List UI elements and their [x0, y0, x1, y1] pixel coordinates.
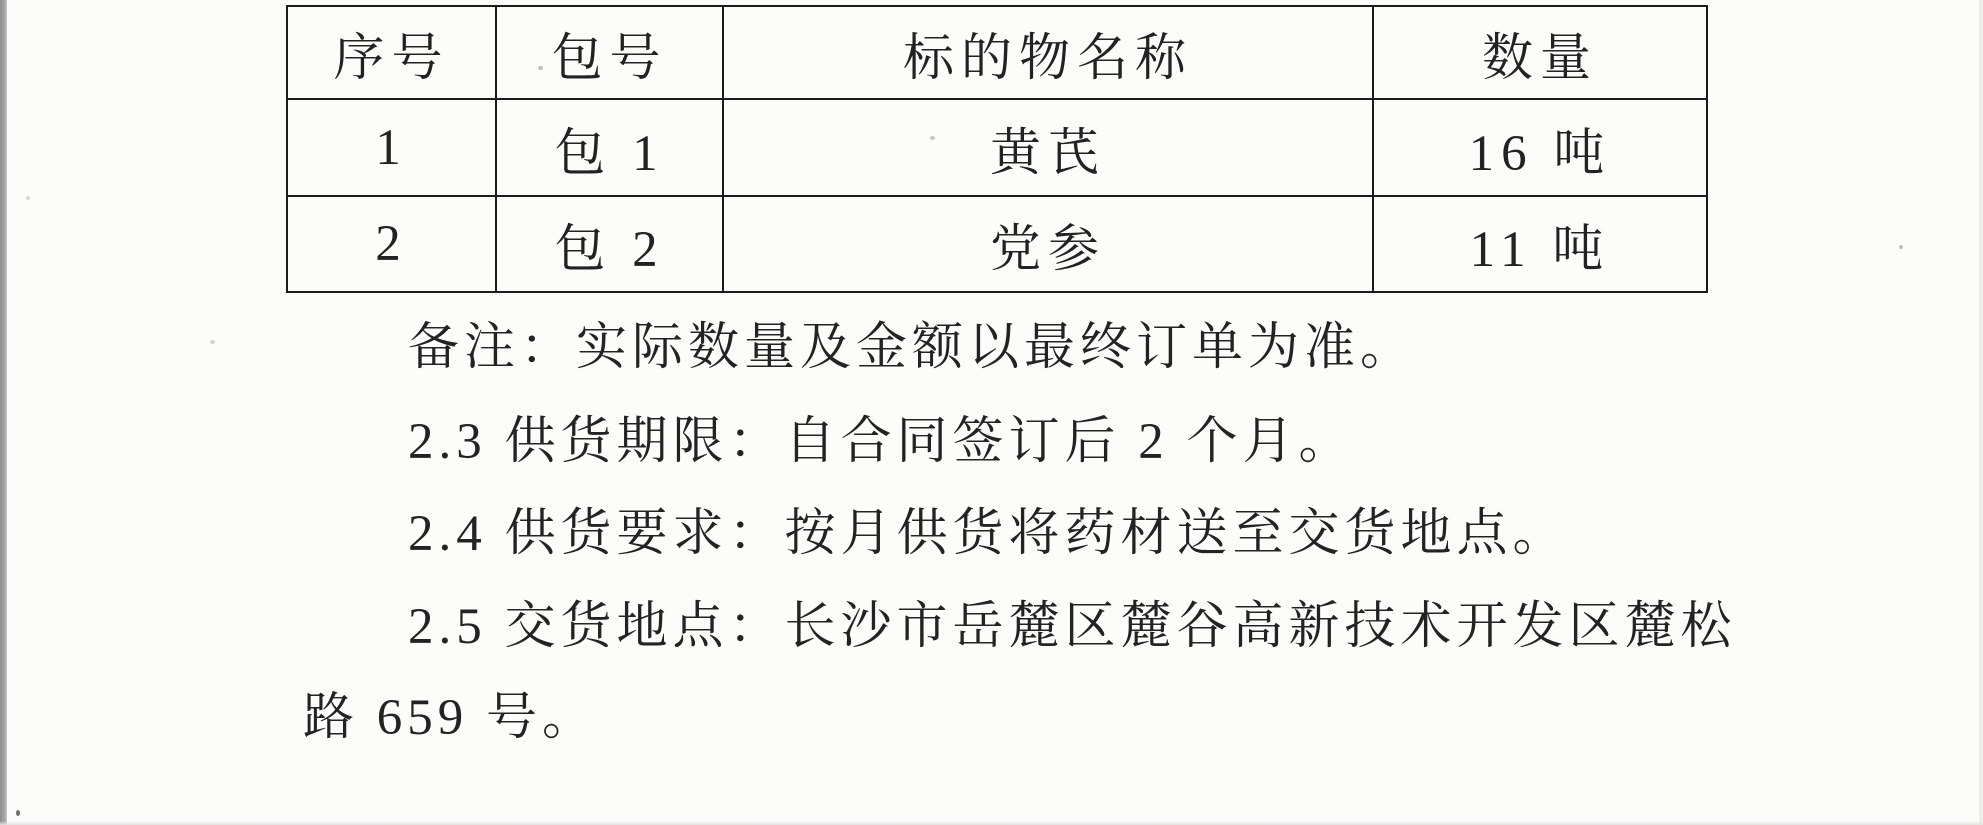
header-seq: 序号: [287, 6, 496, 99]
scan-speck: [16, 810, 20, 816]
scan-edge-bottom: [0, 821, 1983, 825]
clause-2-5-line1: 2.5 交货地点：长沙市岳麓区麓谷高新技术开发区麓松: [408, 597, 1737, 657]
header-package: 包号: [496, 6, 723, 99]
table-row: 2 包 2 党参 11 吨: [287, 196, 1707, 292]
scan-speck: [1899, 245, 1903, 249]
cell-seq: 1: [287, 99, 496, 196]
table-row: 1 包 1 黄芪 16 吨: [287, 99, 1707, 196]
clause-2-3-line: 2.3 供货期限：自合同签订后 2 个月。: [408, 412, 1355, 472]
cell-package: 包 2: [496, 196, 723, 292]
cell-quantity: 11 吨: [1373, 196, 1707, 292]
scan-speck: [210, 340, 215, 344]
clause-2-4-line: 2.4 供货要求：按月供货将药材送至交货地点。: [408, 504, 1569, 564]
header-quantity: 数量: [1373, 6, 1707, 99]
cell-item: 黄芪: [723, 99, 1373, 196]
procurement-scope-table: 序号 包号 标的物名称 数量 1 包 1 黄芪 16 吨 2 包 2 党参 11…: [286, 5, 1708, 293]
cell-quantity: 16 吨: [1373, 99, 1707, 196]
clause-2-5-line2: 路 659 号。: [303, 688, 598, 748]
scan-edge-right: [1979, 0, 1983, 825]
cell-seq: 2: [287, 196, 496, 292]
scan-edge-left: [0, 0, 7, 825]
scanned-contract-page: 序号 包号 标的物名称 数量 1 包 1 黄芪 16 吨 2 包 2 党参 11…: [0, 0, 1983, 825]
scan-speck: [26, 196, 30, 200]
header-item-name: 标的物名称: [723, 6, 1373, 99]
note-line: 备注：实际数量及金额以最终订单为准。: [408, 318, 1416, 378]
cell-package: 包 1: [496, 99, 723, 196]
cell-item: 党参: [723, 196, 1373, 292]
table-header-row: 序号 包号 标的物名称 数量: [287, 6, 1707, 99]
